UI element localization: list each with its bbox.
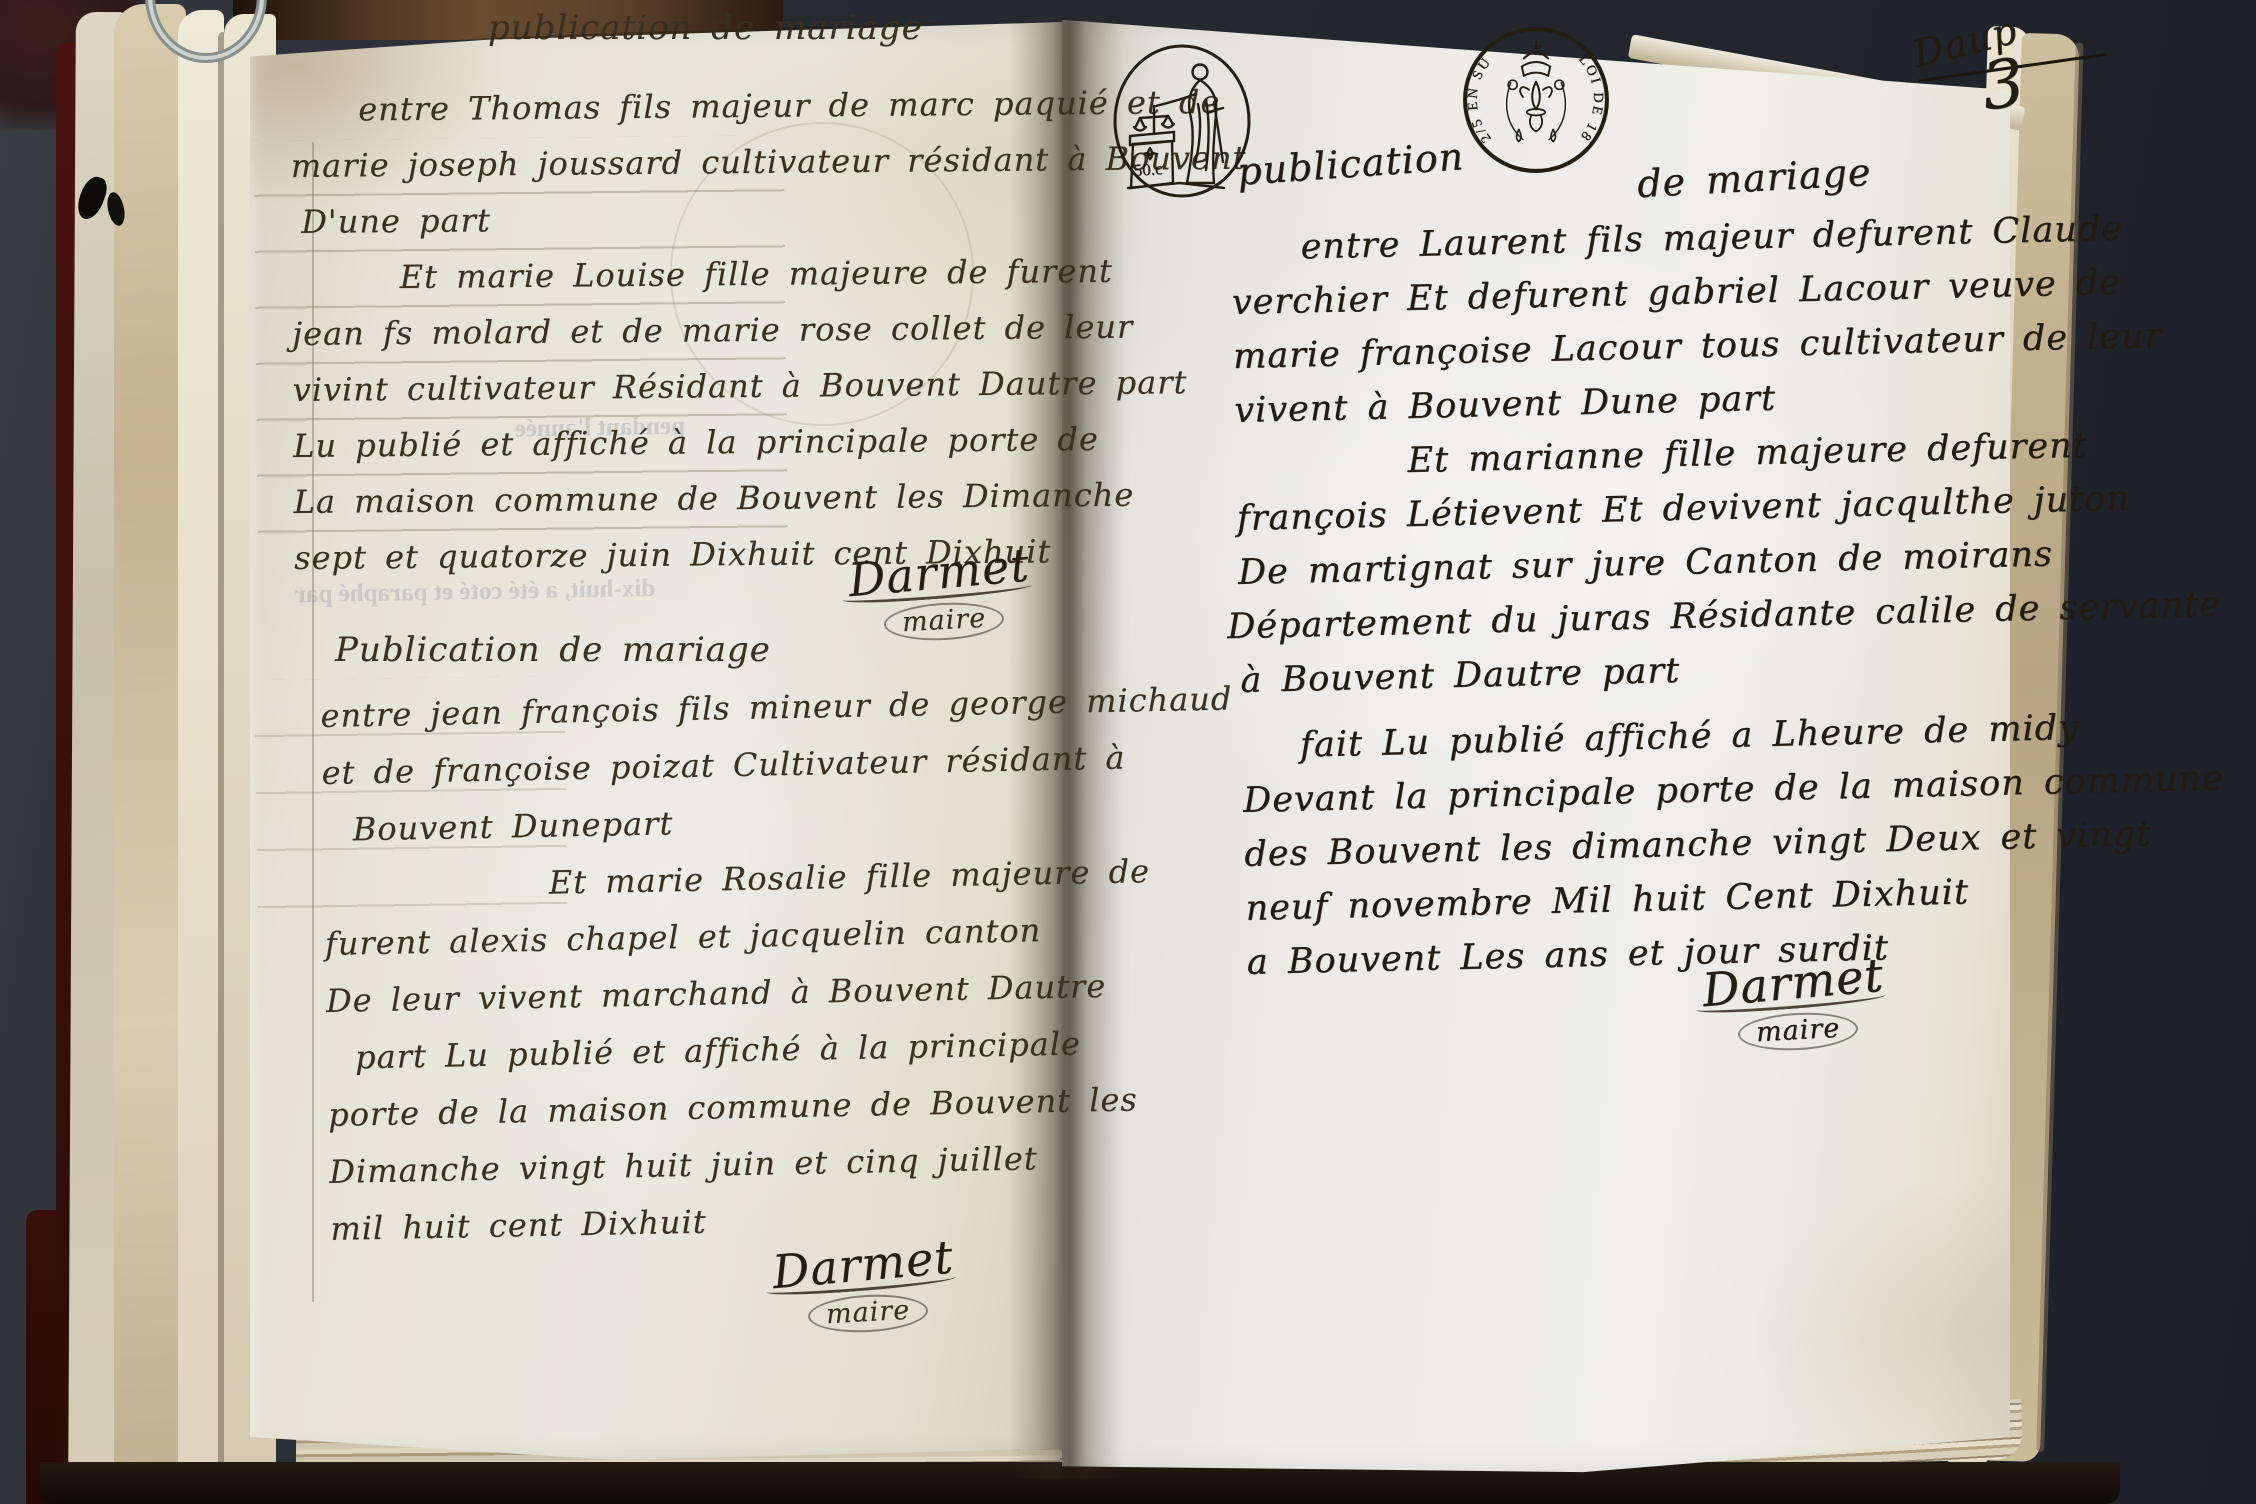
entry2-title-text: Publication de mariage [335, 630, 771, 670]
right-entry-lines: entre Laurent fils majeur defurent Claud… [1230, 200, 2229, 990]
right-page-content: 50.c [1062, 14, 2010, 1478]
entry2-signature-block: Darmet maire [772, 1234, 1032, 1332]
right-signature-block: Darmet maire [1702, 952, 1962, 1050]
photo-open-register-book: pendant l'année dix-huit, a été coté et … [0, 0, 2256, 1504]
revenue-stamp-justice-50c: 50.c [1110, 42, 1255, 200]
stamp-denomination: 50.c [1133, 159, 1164, 180]
page-number: 3 [1977, 43, 2030, 125]
svg-text:2/5 EN SUS: 2/5 EN SUS [1457, 24, 1495, 146]
signature-title: maire [883, 600, 1005, 643]
right-title-left: publication [1236, 134, 1466, 194]
left-page-content: pendant l'année dix-huit, a été coté et … [250, 22, 1064, 1460]
signature-title: maire [807, 1292, 929, 1335]
metal-ring-clasp [126, 0, 286, 100]
right-title-right: de mariage [1636, 150, 1872, 206]
left-page-edge-stack [56, 4, 274, 1500]
page-edge-strip [114, 4, 186, 1500]
entry1-title-text: publication de mariage [488, 8, 923, 48]
revenue-stamp-surtax-1816: 2/5 EN SUS LOI DE 1816. [1457, 24, 1615, 176]
entry1-title: publication de mariage [488, 8, 923, 48]
stamp-arc-text-left: 2/5 EN SUS [1457, 24, 1495, 146]
page-corner-mark: Daup 3 [1912, 20, 2142, 160]
entry2-title: Publication de mariage [335, 630, 771, 670]
signature-title: maire [1737, 1010, 1859, 1053]
